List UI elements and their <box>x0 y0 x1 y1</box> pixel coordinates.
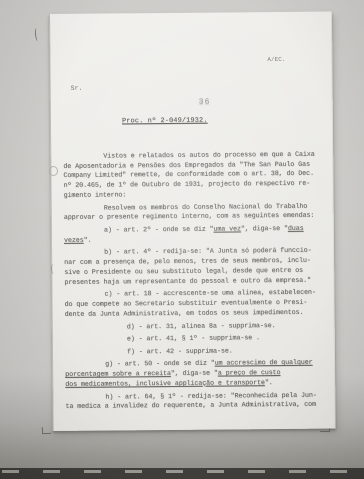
typed-line: gimento interno: <box>64 190 327 202</box>
typed-line: f) - art. 42 - supprima-se. <box>65 346 328 358</box>
typist-initials: A/EC. <box>267 56 285 63</box>
page-number-stamp: 36 <box>199 98 211 107</box>
typed-text-block: Vistos e relatados os autos do processo … <box>63 148 328 413</box>
corner-mark-bottom-left <box>42 427 51 434</box>
typed-line: dos medicamentos, inclusive applicação e… <box>65 378 328 390</box>
document-title: Proc. nº 2-049/1932. <box>122 117 208 126</box>
typed-line: d) - art. 31, alinea 8a - supprima-se. <box>65 321 328 333</box>
typed-line: presentes haja um representante do pesso… <box>64 276 327 288</box>
film-edge-markings <box>2 470 362 473</box>
typed-line: ta medica a invalidez do requerente, a J… <box>65 401 328 413</box>
margin-note: Sr. <box>71 85 83 92</box>
microfilm-photo: { "meta": { "typist_initials": "A/EC.", … <box>0 0 364 479</box>
corner-mark-top-left <box>34 28 40 41</box>
scanned-page: A/EC. Sr. 36 Proc. nº 2-049/1932. Vistos… <box>49 12 336 431</box>
film-strip <box>0 468 364 479</box>
typed-line: approvar o presente regimento interno, c… <box>64 212 327 224</box>
typed-line: dente da Junta Administrativa, em todos … <box>65 309 328 321</box>
typed-line: e) - art. 41, § 1º - supprima-se . <box>65 334 328 346</box>
